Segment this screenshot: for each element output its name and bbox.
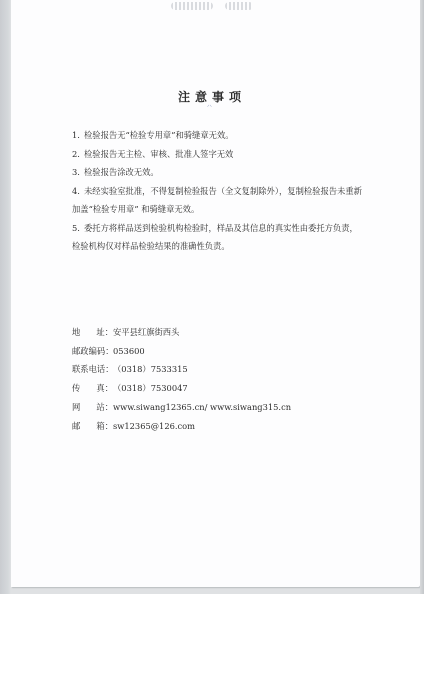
note-continuation: 检验机构仅对样品检验结果的准确性负责。 <box>72 237 402 256</box>
contact-email: 邮箱： sw12365@126.com <box>72 417 291 436</box>
label: 传 <box>72 379 80 398</box>
label: 真： <box>96 379 113 398</box>
note-text: 检验报告涂改无效。 <box>84 163 159 182</box>
website-value: www.siwang12365.cn/ www.siwang315.cn <box>113 398 291 417</box>
scan-smudge <box>171 2 213 10</box>
note-item: 2. 检验报告无主检、审核、批准人签字无效 <box>72 145 402 164</box>
contact-info: 地址： 安平县红旗街西头 邮政编码： 053600 联系电话： （0318）75… <box>72 323 291 435</box>
note-number: 4. <box>72 182 84 201</box>
postcode-value: 053600 <box>113 342 145 361</box>
ink-mark: ᐟᐠ <box>207 104 212 111</box>
label: 邮政编码 <box>72 342 105 361</box>
note-item: 5. 委托方将样品送到检验机构检验时，样品及其信息的真实性由委托方负责， <box>72 219 402 238</box>
email-value: sw12365@126.com <box>113 417 195 436</box>
note-number: 1. <box>72 126 84 145</box>
label: 网 <box>72 398 80 417</box>
phone-value: （0318）7533315 <box>113 360 188 379</box>
note-number: 5. <box>72 219 84 238</box>
page-title: 注意事项 <box>0 88 424 105</box>
note-text: 检验报告无主检、审核、批准人签字无效 <box>84 145 233 164</box>
fax-value: （0318）7530047 <box>113 379 188 398</box>
note-item: 1. 检验报告无“检验专用章”和骑缝章无效。 <box>72 126 402 145</box>
contact-address: 地址： 安平县红旗街西头 <box>72 323 291 342</box>
note-text: 委托方将样品送到检验机构检验时，样品及其信息的真实性由委托方负责， <box>84 219 358 238</box>
note-item: 3. 检验报告涂改无效。 <box>72 163 402 182</box>
note-continuation: 加盖“检验专用章” 和骑缝章无效。 <box>72 200 402 219</box>
label: 邮 <box>72 417 80 436</box>
label: 址： <box>96 323 113 342</box>
contact-postcode: 邮政编码： 053600 <box>72 342 291 361</box>
label: 联系电话 <box>72 360 105 379</box>
note-number: 2. <box>72 145 84 164</box>
label: 站： <box>96 398 113 417</box>
note-number: 3. <box>72 163 84 182</box>
address-value: 安平县红旗街西头 <box>113 323 179 342</box>
label: 地 <box>72 323 80 342</box>
scan-smudge <box>225 2 253 10</box>
contact-fax: 传真： （0318）7530047 <box>72 379 291 398</box>
notes-list: 1. 检验报告无“检验专用章”和骑缝章无效。 2. 检验报告无主检、审核、批准人… <box>72 126 402 256</box>
contact-phone: 联系电话： （0318）7533315 <box>72 360 291 379</box>
note-text: 未经实验室批准，不得复制检验报告（全文复制除外），复制检验报告未重新 <box>84 182 362 201</box>
label: 箱： <box>96 417 113 436</box>
note-text: 检验报告无“检验专用章”和骑缝章无效。 <box>84 126 234 145</box>
note-item: 4. 未经实验室批准，不得复制检验报告（全文复制除外），复制检验报告未重新 <box>72 182 402 201</box>
contact-website: 网站： www.siwang12365.cn/ www.siwang315.cn <box>72 398 291 417</box>
